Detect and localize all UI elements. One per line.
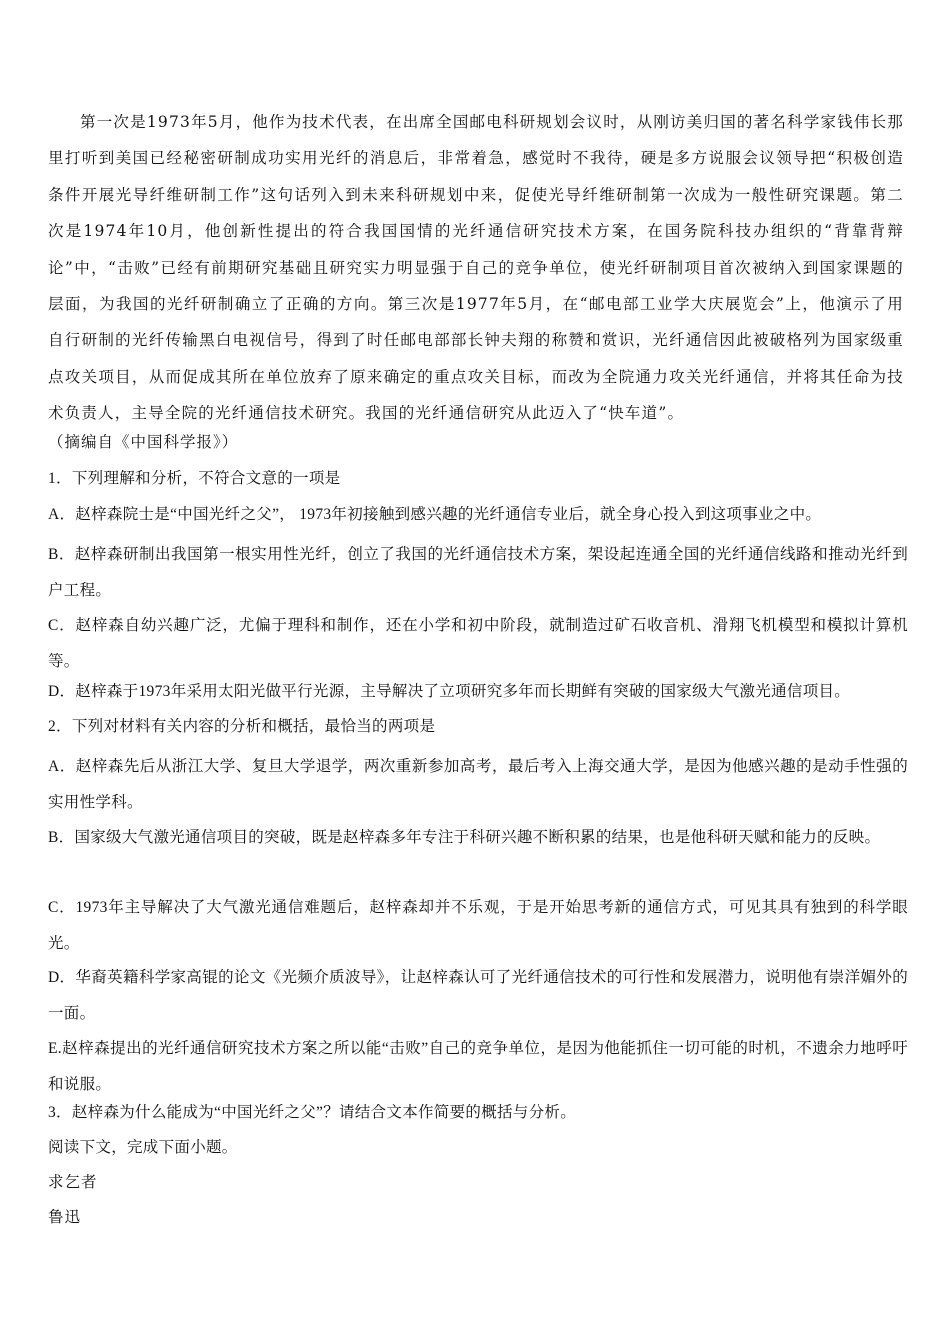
question-2-stem: 2．下列对材料有关内容的分析和概括，最恰当的两项是 xyxy=(48,714,908,736)
question-1-option-d: D．赵梓森于1973年采用太阳光做平行光源，主导解决了立项研究多年而长期鲜有突破… xyxy=(48,679,908,701)
question-2-option-d: D．华裔英籍科学家高锟的论文《光频介质波导》，让赵梓森认可了光纤通信技术的可行性… xyxy=(48,960,908,1031)
question-2-option-e: E.赵梓森提出的光纤通信研究技术方案之所以能“击败”自己的竞争单位，是因为他能抓… xyxy=(48,1031,908,1102)
question-2-option-b: B．国家级大气激光通信项目的突破，既是赵梓森多年专注于科研兴趣不断积累的结果，也… xyxy=(48,820,908,856)
section-title: 求乞者 xyxy=(48,1170,908,1192)
passage-paragraph: 第一次是1973年5月，他作为技术代表，在出席全国邮电科研规划会议时，从刚访美归… xyxy=(48,104,904,432)
question-1-option-c: C．赵梓森自幼兴趣广泛，尤偏于理科和制作，还在小学和初中阶段，就制造过矿石收音机… xyxy=(48,608,908,679)
section-instruction: 阅读下文，完成下面小题。 xyxy=(48,1135,908,1157)
question-1-option-a: A．赵梓森院士是“中国光纤之父”， 1973年初接触到感兴趣的光纤通信专业后，就… xyxy=(48,502,908,524)
question-1-option-b: B．赵梓森研制出我国第一根实用性光纤，创立了我国的光纤通信技术方案，架设起连通全… xyxy=(48,537,908,608)
question-2-option-a: A．赵梓森先后从浙江大学、复旦大学退学，两次重新参加高考，最后考入上海交通大学，… xyxy=(48,749,908,820)
question-3-stem: 3．赵梓森为什么能成为“中国光纤之父”？请结合文本作简要的概括与分析。 xyxy=(48,1100,908,1122)
passage-source: （摘编自《中国科学报》） xyxy=(48,430,908,452)
question-2-option-c: C．1973年主导解决了大气激光通信难题后，赵梓森却并不乐观，于是开始思考新的通… xyxy=(48,890,908,961)
section-author: 鲁迅 xyxy=(48,1205,908,1227)
question-1-stem: 1．下列理解和分析，不符合文意的一项是 xyxy=(48,466,908,488)
